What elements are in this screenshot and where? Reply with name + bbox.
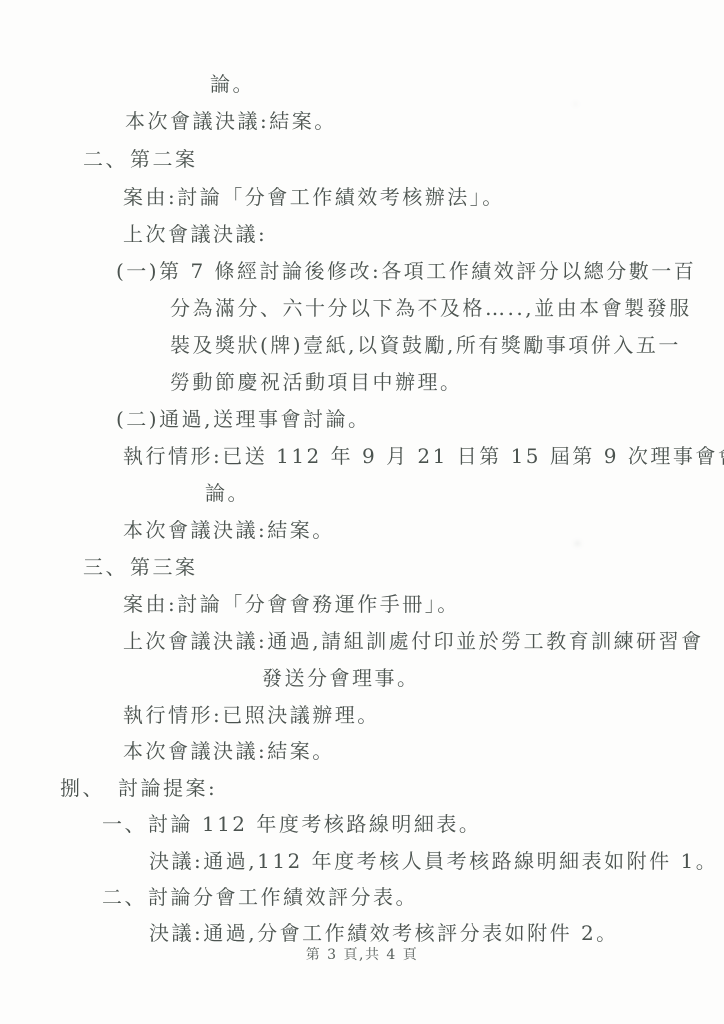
case2-execution-status-line: 執行情形:已送 112 年 9 月 21 日第 15 屆第 9 次理事會會議討: [123, 444, 724, 468]
scanned-meeting-minutes-page: 論。 本次會議決議:結案。 二、 第二案 案由:討論「分會工作績效考核辦法」。 …: [0, 0, 724, 1024]
case3-list-marker: 三、: [83, 555, 128, 579]
case3-execution-status-line: 執行情形:已照決議辦理。: [123, 703, 380, 727]
scan-artifact: [655, 310, 661, 314]
section8-list-marker: 捌、: [60, 776, 105, 800]
case3-previous-resolution-continuation: 發送分會理事。: [262, 666, 420, 690]
case2-list-marker: 二、: [83, 147, 128, 171]
case2-previous-resolution-label: 上次會議決議:: [123, 222, 267, 246]
case2-heading: 第二案: [130, 147, 198, 171]
scan-artifact: [574, 541, 581, 546]
proposal2-subject-line: 討論分會工作績效評分表。: [148, 885, 418, 909]
case3-subject-line: 案由:討論「分會會務運作手冊」。: [123, 592, 460, 616]
page-number-footer: 第 3 頁,共 4 頁: [0, 944, 724, 964]
case2-resolution-item1-continuation-2: 裝及獎狀(牌)壹紙,以資鼓勵,所有獎勵事項併入五一: [170, 333, 681, 357]
case3-heading: 第三案: [130, 555, 198, 579]
case3-previous-resolution-line: 上次會議決議:通過,請組訓處付印並於勞工教育訓練研習會: [123, 629, 704, 653]
proposal2-resolution-line: 決議:通過,分會工作績效考核評分表如附件 2。: [149, 921, 619, 945]
case2-resolution-item1-line: (一)第 7 條經討論後修改:各項工作績效評分以總分數一百: [116, 259, 696, 283]
case2-execution-continuation-line: 論。: [205, 481, 250, 505]
proposal1-resolution-line: 決議:通過,112 年度考核人員考核路線明細表如附件 1。: [149, 849, 718, 873]
case3-current-resolution-line: 本次會議決議:結案。: [123, 739, 335, 763]
proposal2-list-marker: 二、: [102, 885, 147, 909]
case1-execution-continuation-line: 論。: [210, 72, 255, 96]
case2-resolution-item1-continuation-1: 分為滿分、六十分以下為不及格…..,並由本會製發服: [170, 296, 692, 320]
case2-current-resolution-line: 本次會議決議:結案。: [123, 518, 335, 542]
scan-artifact: [573, 102, 578, 106]
proposal1-list-marker: 一、: [102, 812, 147, 836]
case2-subject-line: 案由:討論「分會工作績效考核辦法」。: [123, 185, 505, 209]
case2-resolution-item2-line: (二)通過,送理事會討論。: [116, 407, 370, 431]
case2-resolution-item1-continuation-3: 勞動節慶祝活動項目中辦理。: [170, 370, 463, 394]
proposal1-subject-line: 討論 112 年度考核路線明細表。: [148, 812, 481, 836]
section8-heading: 討論提案:: [118, 776, 217, 800]
case1-current-resolution-line: 本次會議決議:結案。: [125, 109, 337, 133]
